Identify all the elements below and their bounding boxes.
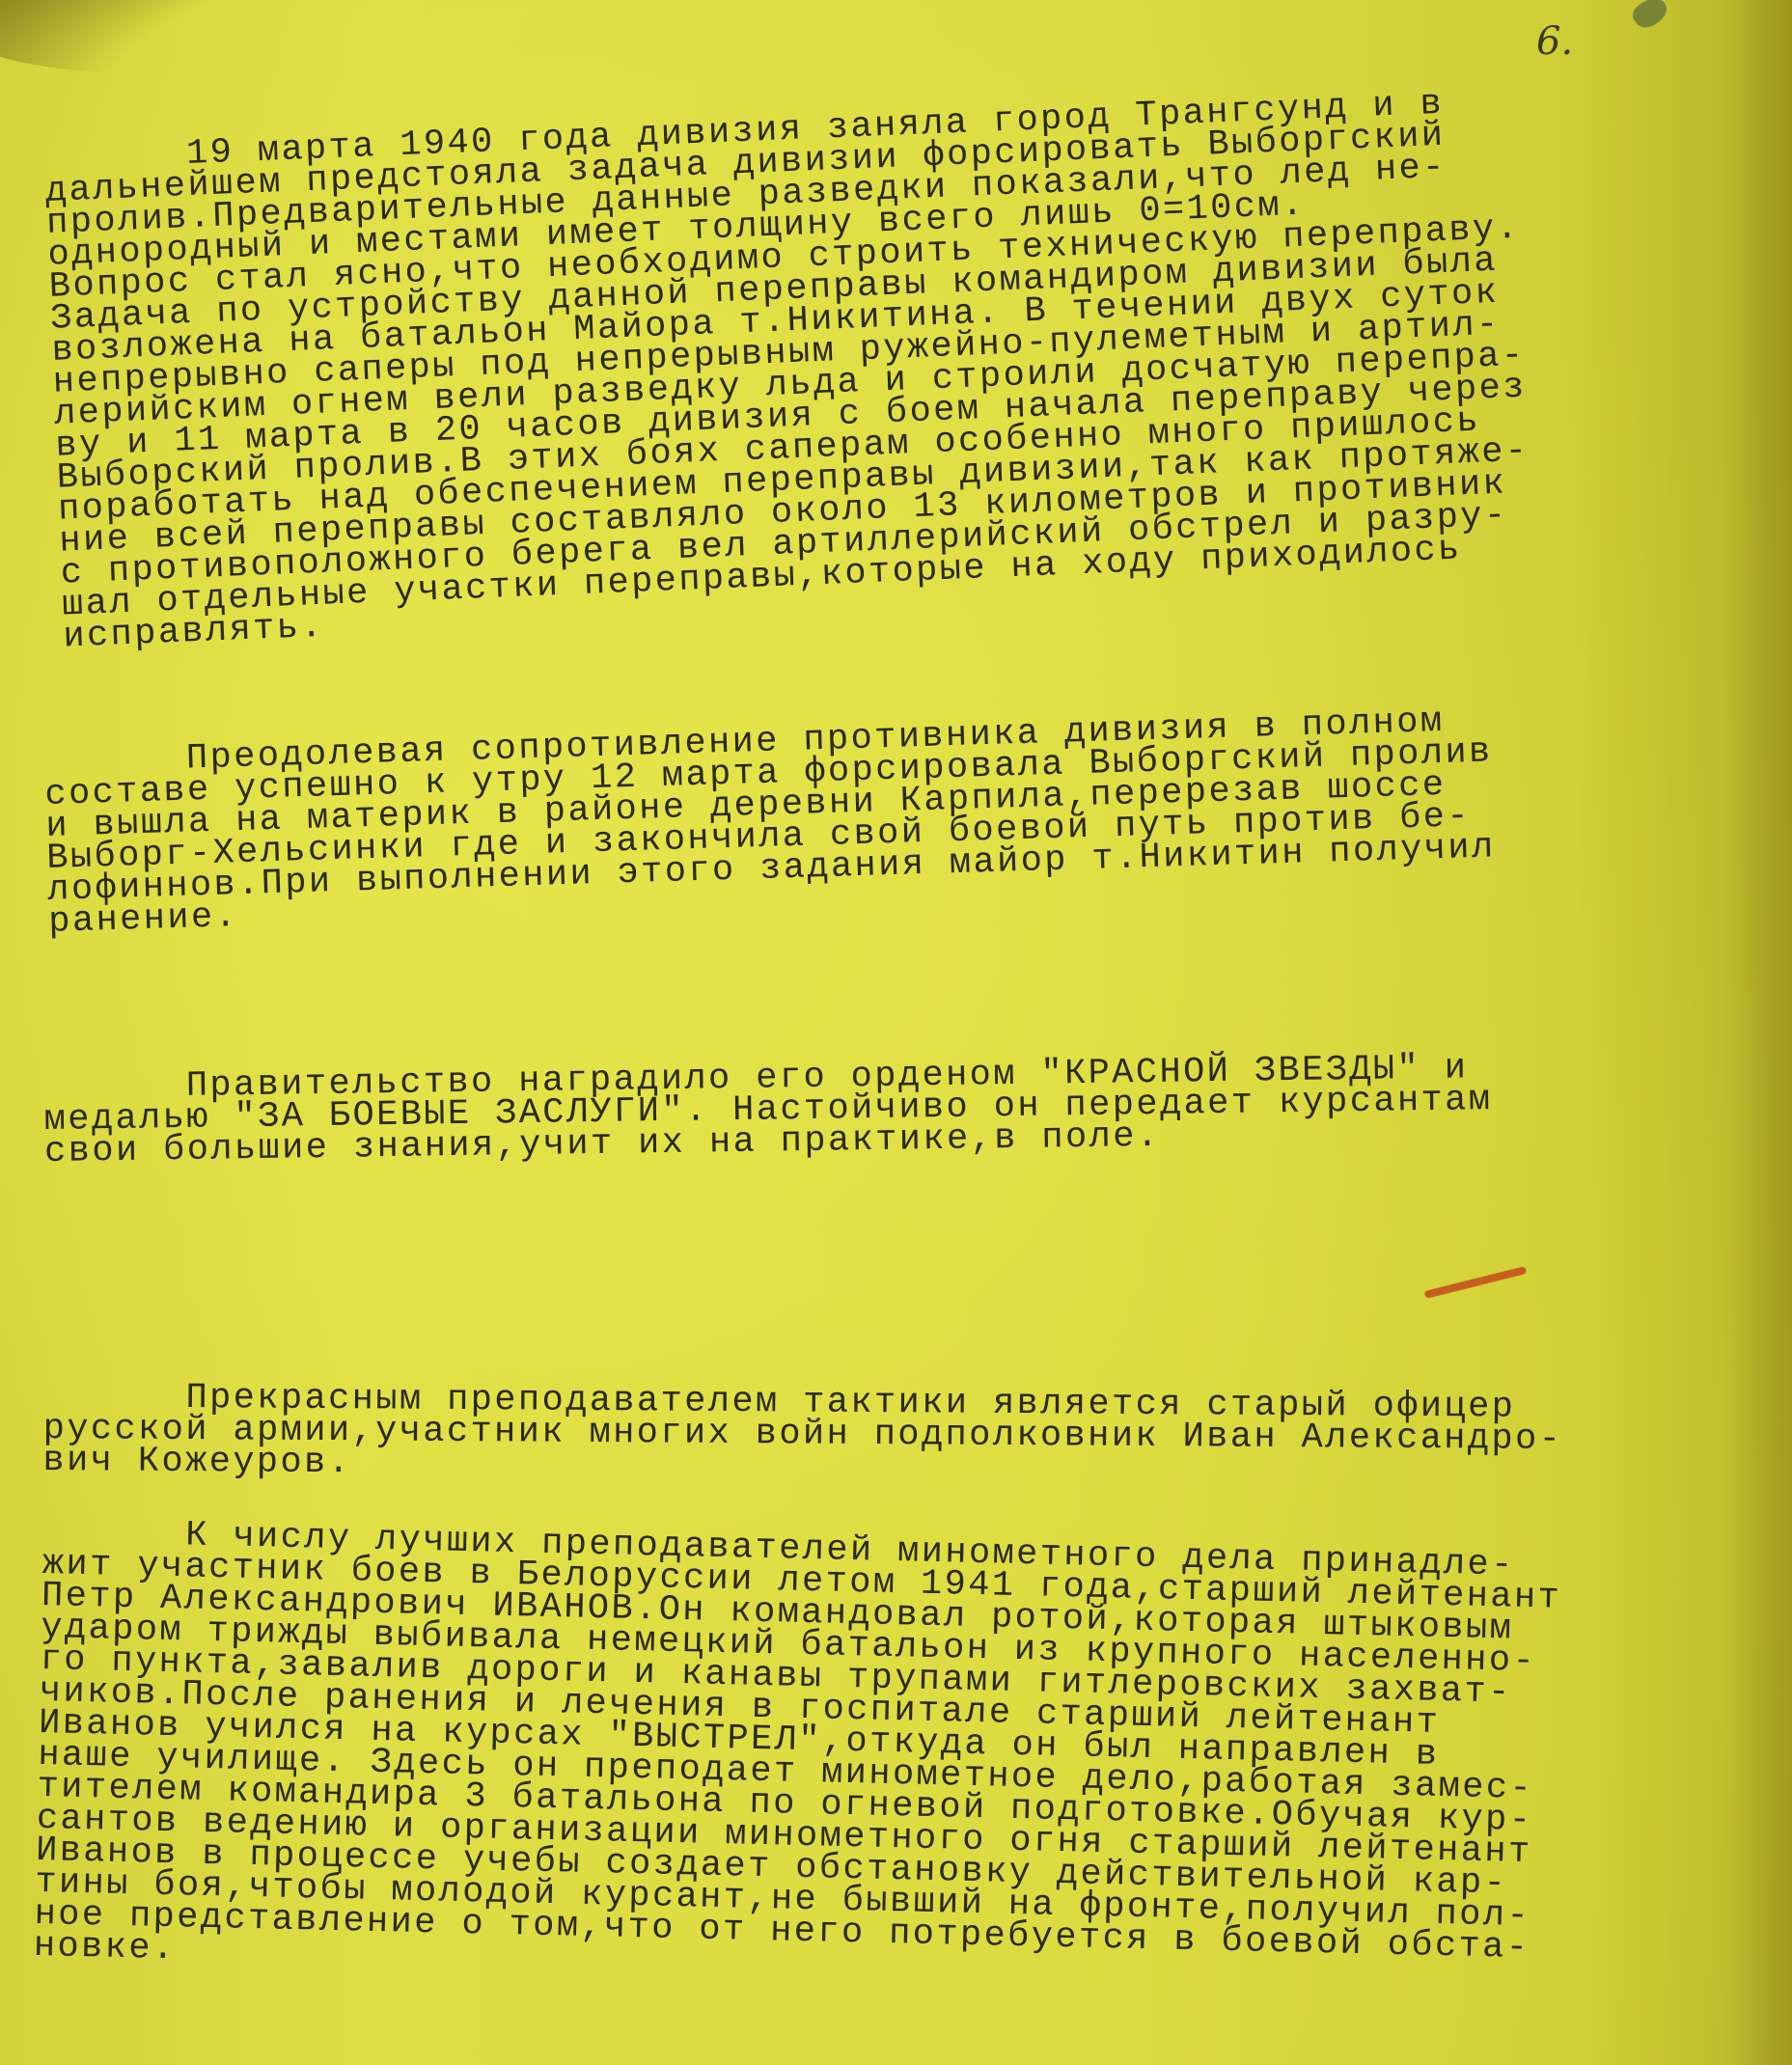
page-curl-shadow <box>0 0 1125 118</box>
page-number: 6. <box>1536 19 1573 64</box>
scanned-document-page: 6. 19 марта 1940 года дивизия заняла гор… <box>0 0 1792 2065</box>
paragraph-awards: Правительство наградило его орденом "КРА… <box>43 1049 1743 1169</box>
paragraph-tactics-teacher: Прекрасным преподавателем тактики являет… <box>42 1382 1742 1489</box>
paragraph-mortar-teacher-ivanov: К числу лучших преподавателей минометног… <box>34 1517 1742 2001</box>
paragraph-division-forced-strait: Преодолевая сопротивление противника див… <box>43 698 1747 939</box>
ink-blot-mark <box>1629 0 1671 33</box>
paragraph-crossing-vyborg-strait: 19 марта 1940 года дивизия заняла город … <box>43 76 1761 653</box>
red-pencil-mark <box>1424 1266 1528 1299</box>
